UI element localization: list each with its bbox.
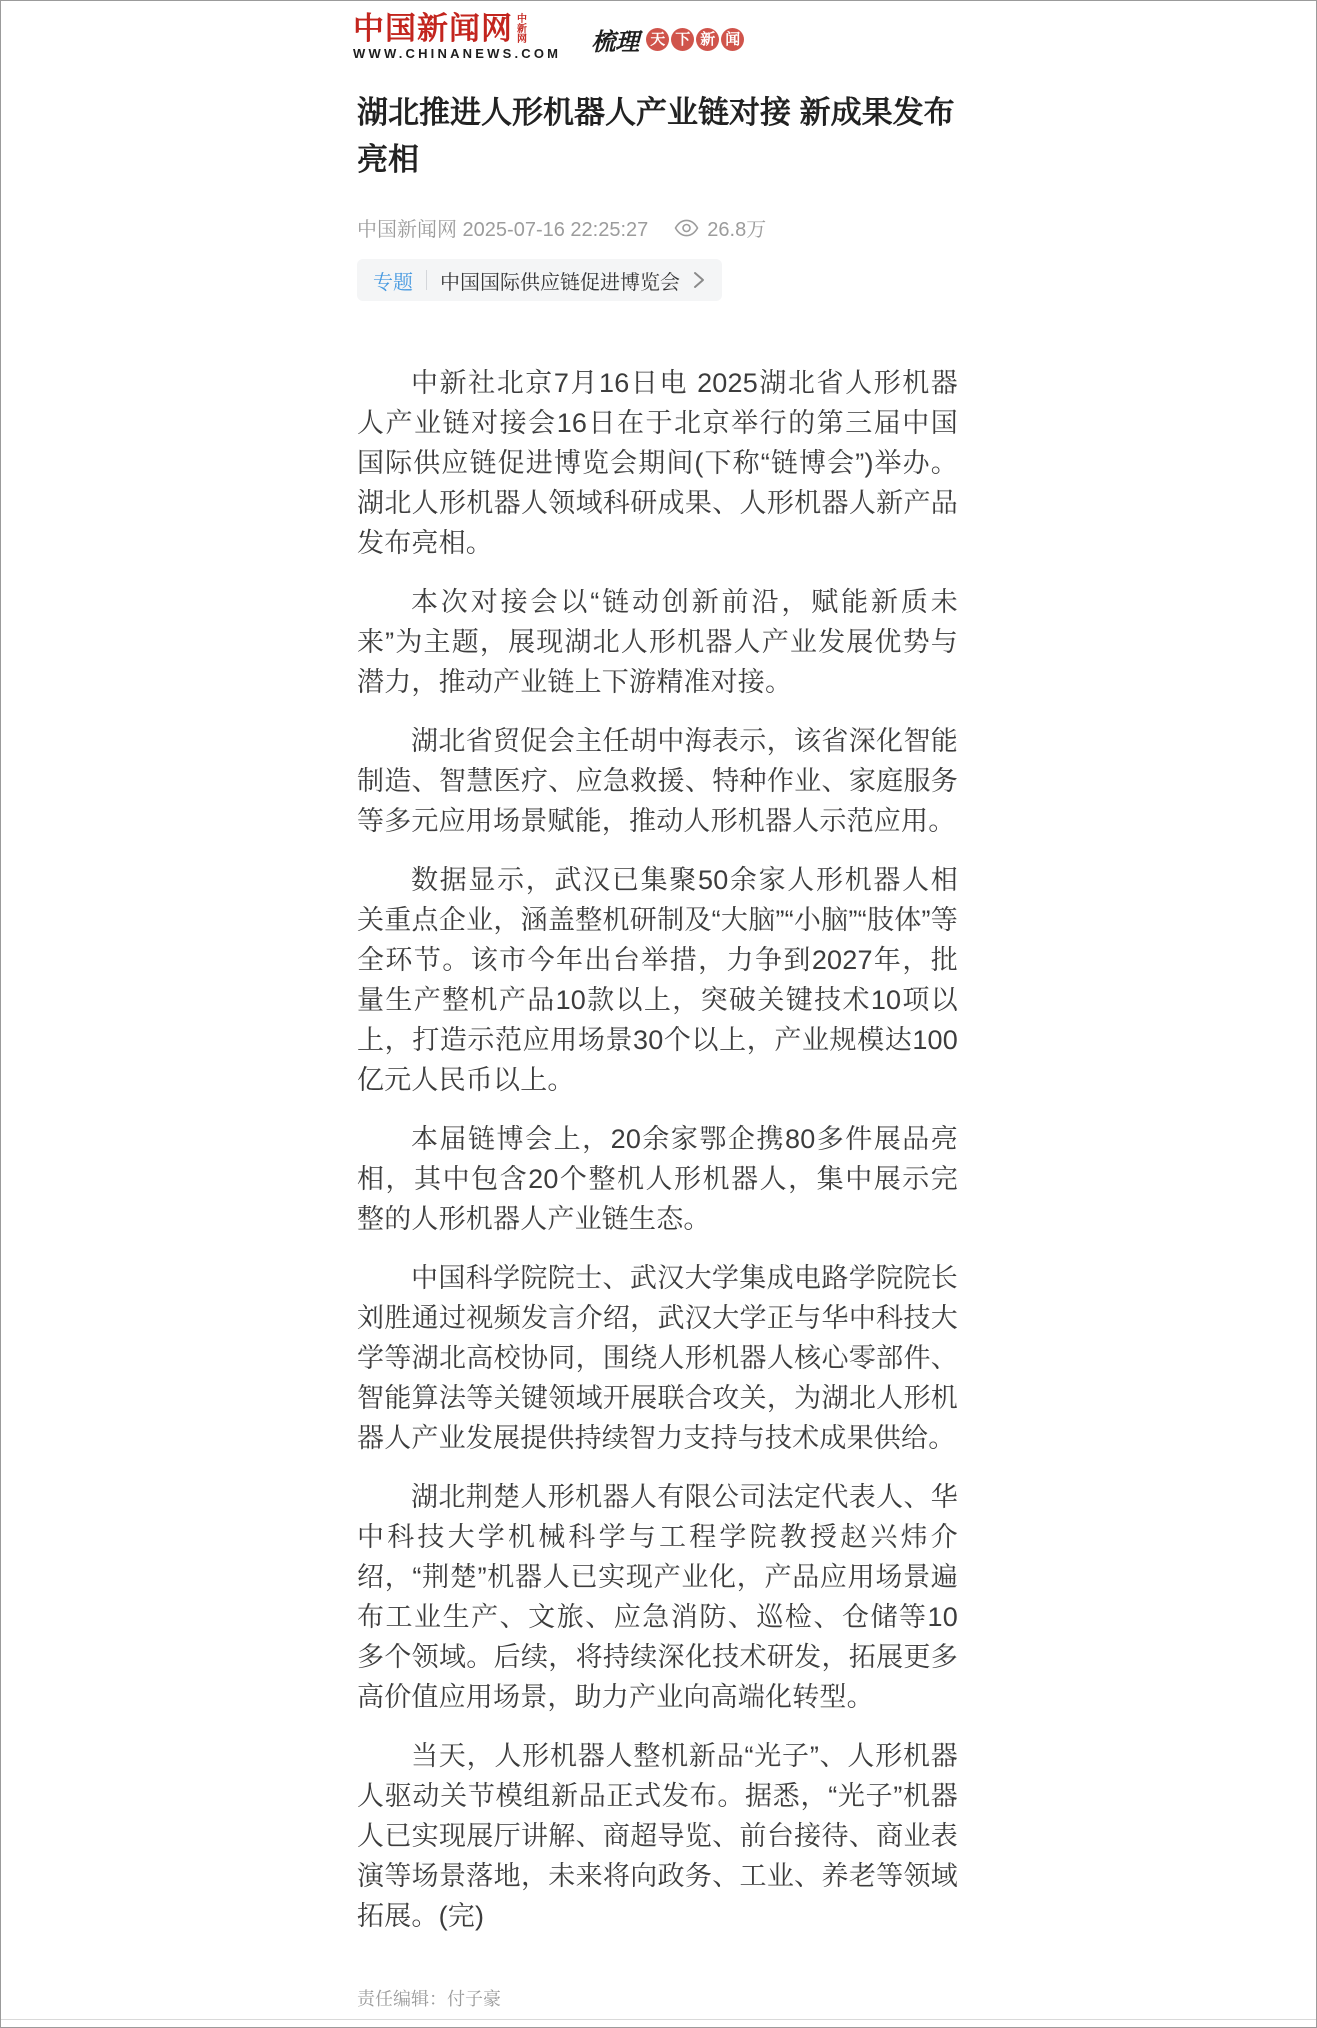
logo-domain-url: WWW.CHINANEWS.COM [353,46,561,61]
article-page: 中国新闻网 中 新 网 WWW.CHINANEWS.COM 梳理 天 下 新 闻… [0,0,1317,2028]
slogan: 梳理 天 下 新 闻 [591,22,744,57]
slogan-prefix: 梳理 [591,22,639,57]
paragraph: 中新社北京7月16日电 2025湖北省人形机器人产业链对接会16日在于北京举行的… [357,363,958,563]
slogan-seal: 新 [696,28,719,51]
bottom-divider [1,2019,1316,2020]
paragraph: 中国科学院院士、武汉大学集成电路学院院长刘胜通过视频发言介绍，武汉大学正与华中科… [357,1258,958,1458]
topic-tag-label: 专题 [373,266,413,295]
chevron-right-icon [692,269,706,291]
slogan-seal: 闻 [721,28,744,51]
topic-divider [426,270,427,290]
site-header: 中国新闻网 中 新 网 WWW.CHINANEWS.COM 梳理 天 下 新 闻 [1,1,1316,63]
view-counter: 26.8万 [674,213,766,242]
paragraph: 本次对接会以“链动创新前沿，赋能新质未来”为主题，展现湖北人形机器人产业发展优势… [357,582,958,702]
paragraph: 本届链博会上，20余家鄂企携80多件展品亮相，其中包含20个整机人形机器人，集中… [357,1119,958,1239]
eye-icon [674,219,699,237]
paragraph: 当天，人形机器人整机新品“光子”、人形机器人驱动关节模组新品正式发布。据悉，“光… [357,1736,958,1936]
paragraph: 湖北省贸促会主任胡中海表示，该省深化智能制造、智慧医疗、应急救援、特种作业、家庭… [357,721,958,841]
logo-wordmark-row: 中国新闻网 中 新 网 [353,13,561,45]
slogan-seal: 天 [646,28,669,51]
slogan-seal: 下 [671,28,694,51]
logo-subtext-vertical: 中 新 网 [517,15,527,45]
paragraph: 湖北荆楚人形机器人有限公司法定代表人、华中科技大学机械科学与工程学院教授赵兴炜介… [357,1477,958,1717]
logo-wordmark: 中国新闻网 [353,13,513,45]
article-meta: 中国新闻网 2025-07-16 22:25:27 26.8万 [357,213,958,242]
editor-byline: 责任编辑：付子豪 [357,1985,958,2011]
article-title: 湖北推进人形机器人产业链对接 新成果发布亮相 [357,89,958,183]
view-count-value: 26.8万 [707,213,766,242]
logo-subtext-char: 网 [517,35,527,45]
site-logo[interactable]: 中国新闻网 中 新 网 WWW.CHINANEWS.COM [353,13,561,63]
topic-link[interactable]: 专题 中国国际供应链促进博览会 [357,259,722,301]
article-content: 湖北推进人形机器人产业链对接 新成果发布亮相 中国新闻网 2025-07-16 … [357,89,958,2011]
source-and-timestamp: 中国新闻网 2025-07-16 22:25:27 [357,213,648,242]
topic-title: 中国国际供应链促进博览会 [440,266,680,295]
article-body: 中新社北京7月16日电 2025湖北省人形机器人产业链对接会16日在于北京举行的… [357,363,958,1936]
paragraph: 数据显示，武汉已集聚50余家人形机器人相关重点企业，涵盖整机研制及“大脑”“小脑… [357,860,958,1100]
